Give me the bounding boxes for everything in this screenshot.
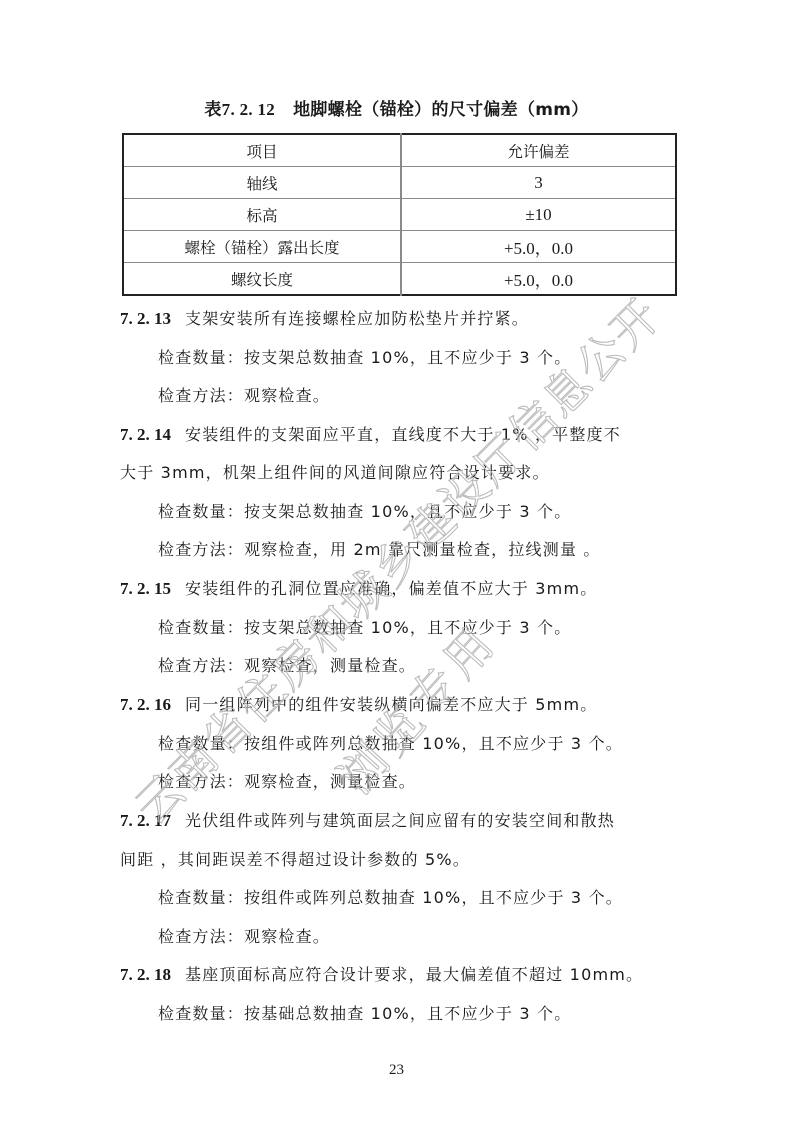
cell-item: 标高 [123,199,401,231]
check-method: 检查方法：观察检查，测量检查。 [158,769,416,792]
check-quantity: 检查数量：按基础总数抽查 10%，且不应少于 3 个。 [158,1001,571,1024]
clause-text-continued: 大于 3mm，机架上组件间的风道间隙应符合设计要求。 [120,460,550,483]
check-quantity: 检查数量：按组件或阵列总数抽查 10%，且不应少于 3 个。 [158,731,623,754]
header-item: 项目 [123,134,401,167]
table-caption-title: 地脚螺栓（锚栓）的尺寸偏差（mm） [293,100,589,120]
clause-text: 基座顶面标高应符合设计要求，最大偏差值不超过 10mm。 [185,965,643,984]
check-quantity: 检查数量：按支架总数抽查 10%，且不应少于 3 个。 [158,345,571,368]
check-method: 检查方法：观察检查。 [158,383,330,406]
cell-item: 螺栓（锚栓）露出长度 [123,231,401,263]
clause-number: 7. 2. 13 [120,309,171,328]
clause-number: 7. 2. 17 [120,811,171,830]
clause-text: 安装组件的孔洞位置应准确，偏差值不应大于 3mm。 [185,579,597,598]
clause-text: 支架安装所有连接螺栓应加防松垫片并拧紧。 [185,309,529,328]
cell-item: 螺纹长度 [123,263,401,296]
clause-7-2-18: 7. 2. 18基座顶面标高应符合设计要求，最大偏差值不超过 10mm。 [120,962,643,985]
cell-tolerance: +5.0，0.0 [401,263,676,296]
table-caption-number: 表7. 2. 12 [204,100,275,119]
clause-number: 7. 2. 14 [120,425,171,444]
page-number: 23 [0,1062,793,1079]
cell-item: 轴线 [123,167,401,199]
table-caption: 表7. 2. 12地脚螺栓（锚栓）的尺寸偏差（mm） [0,95,793,120]
check-method: 检查方法：观察检查。 [158,924,330,947]
check-method: 检查方法：观察检查，测量检查。 [158,653,416,676]
clause-7-2-15: 7. 2. 15安装组件的孔洞位置应准确，偏差值不应大于 3mm。 [120,576,597,599]
check-quantity: 检查数量：按支架总数抽查 10%，且不应少于 3 个。 [158,615,571,638]
clause-text: 安装组件的支架面应平直，直线度不大于 1% ，平整度不 [185,425,621,444]
table-row: 轴线 3 [123,167,676,199]
clause-text: 光伏组件或阵列与建筑面层之间应留有的安装空间和散热 [185,811,615,830]
cell-tolerance: ±10 [401,199,676,231]
clause-text-continued: 间距 ，其间距误差不得超过设计参数的 5%。 [120,847,470,870]
table-row: 螺纹长度 +5.0，0.0 [123,263,676,296]
cell-tolerance: 3 [401,167,676,199]
table-row: 标高 ±10 [123,199,676,231]
tolerance-table: 项目 允许偏差 轴线 3 标高 ±10 螺栓（锚栓）露出长度 +5.0，0.0 … [122,133,677,296]
header-tolerance: 允许偏差 [401,134,676,167]
cell-tolerance: +5.0，0.0 [401,231,676,263]
check-quantity: 检查数量：按支架总数抽查 10%，且不应少于 3 个。 [158,499,571,522]
clause-number: 7. 2. 18 [120,965,171,984]
clause-7-2-16: 7. 2. 16同一组阵列中的组件安装纵横向偏差不应大于 5mm。 [120,692,597,715]
clause-7-2-14: 7. 2. 14安装组件的支架面应平直，直线度不大于 1% ，平整度不 [120,422,621,445]
clause-text: 同一组阵列中的组件安装纵横向偏差不应大于 5mm。 [185,695,597,714]
clause-7-2-13: 7. 2. 13支架安装所有连接螺栓应加防松垫片并拧紧。 [120,306,529,329]
clause-number: 7. 2. 16 [120,695,171,714]
clause-number: 7. 2. 15 [120,579,171,598]
table-header-row: 项目 允许偏差 [123,134,676,167]
table-row: 螺栓（锚栓）露出长度 +5.0，0.0 [123,231,676,263]
check-quantity: 检查数量：按组件或阵列总数抽查 10%，且不应少于 3 个。 [158,885,623,908]
document-page: 表7. 2. 12地脚螺栓（锚栓）的尺寸偏差（mm） 项目 允许偏差 轴线 3 … [0,0,793,1122]
clause-7-2-17: 7. 2. 17光伏组件或阵列与建筑面层之间应留有的安装空间和散热 [120,808,615,831]
check-method: 检查方法：观察检查，用 2m 靠尺测量检查，拉线测量 。 [158,537,601,560]
